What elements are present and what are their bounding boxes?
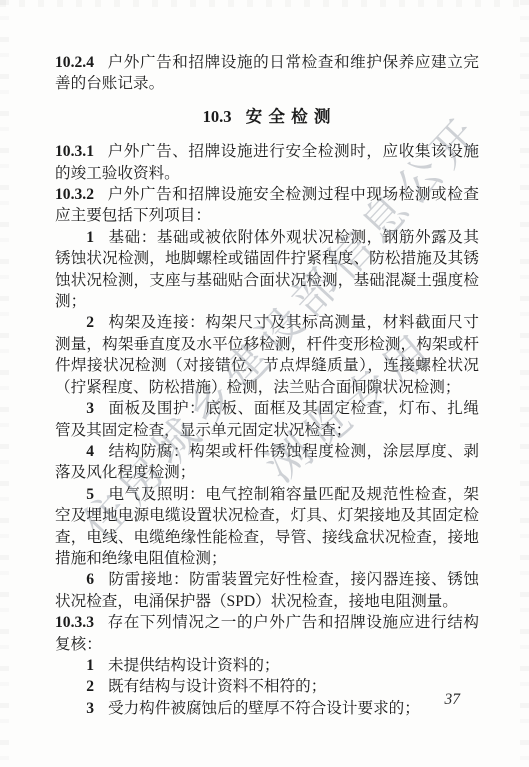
- item-text: 面板及围护：底板、面框及其固定检查，灯布、扎绳管及其固定检查，显示单元固定状况检…: [55, 400, 479, 438]
- clause-10-3-3: 10.3.3存在下列情况之一的户外广告和招牌设施应进行结构复核：: [55, 612, 479, 655]
- list-item-2: 2构架及连接：构架尺寸及其标高测量，材料截面尺寸测量，构架垂直度及水平位移检测，…: [55, 312, 479, 398]
- item-number: 4: [86, 443, 108, 460]
- item-number: 1: [86, 657, 108, 674]
- item-text: 既有结构与设计资料不相符的；: [108, 678, 326, 695]
- list-item-6: 6防雷接地：防雷装置完好性检查，接闪器连接、锈蚀状况检查，电涌保护器（SPD）状…: [55, 569, 479, 612]
- clause-text: 户外广告和招牌设施的日常检查和维护保养应建立完善的台账记录。: [55, 54, 479, 92]
- scan-artifact-right: [520, 0, 529, 767]
- item-text: 受力构件被腐蚀后的壁厚不符合设计要求的；: [108, 700, 420, 717]
- item-text: 结构防腐：构架或杆件锈蚀程度检测，涂层厚度、剥落及风化程度检测；: [55, 443, 479, 481]
- clause-number: 10.3.1: [55, 143, 107, 160]
- item-text: 构架及连接：构架尺寸及其标高测量，材料截面尺寸测量，构架垂直度及水平位移检测，杆…: [55, 314, 479, 395]
- list-item-4: 4结构防腐：构架或杆件锈蚀程度检测，涂层厚度、剥落及风化程度检测；: [55, 441, 479, 484]
- clause-10-3-1: 10.3.1户外广告、招牌设施进行安全检测时，应收集该设施的竣工验收资料。: [55, 141, 479, 184]
- item-text: 基础：基础或被依附体外观状况检测，钢筋外露及其锈蚀状况检测，地脚螺栓或锚固件拧紧…: [55, 229, 479, 310]
- clause-number: 10.2.4: [55, 54, 107, 71]
- scan-artifact-top: [0, 0, 529, 7]
- section-title: 安 全 检 测: [246, 107, 332, 126]
- item-number: 3: [86, 400, 108, 417]
- clause-number: 10.3.2: [55, 186, 107, 203]
- list-item-1b: 1未提供结构设计资料的；: [55, 655, 479, 676]
- list-item-1: 1基础：基础或被依附体外观状况检测，钢筋外露及其锈蚀状况检测，地脚螺栓或锚固件拧…: [55, 227, 479, 313]
- item-text: 未提供结构设计资料的；: [108, 657, 280, 674]
- item-number: 3: [86, 700, 108, 717]
- clause-10-2-4: 10.2.4户外广告和招牌设施的日常检查和维护保养应建立完善的台账记录。: [55, 52, 479, 95]
- item-number: 2: [86, 678, 108, 695]
- list-item-2b: 2既有结构与设计资料不相符的；: [55, 676, 479, 697]
- clause-text: 户外广告和招牌设施安全检测过程中现场检测或检查应主要包括下列项目：: [55, 186, 479, 224]
- item-number: 5: [86, 486, 108, 503]
- list-item-5: 5电气及照明：电气控制箱容量匹配及规范性检查，架空及埋地电源电缆设置状况检查，灯…: [55, 484, 479, 570]
- item-number: 6: [86, 571, 108, 588]
- item-text: 电气及照明：电气控制箱容量匹配及规范性检查，架空及埋地电源电缆设置状况检查，灯具…: [55, 486, 479, 567]
- page-number: 37: [445, 691, 461, 709]
- list-item-3: 3面板及围护：底板、面框及其固定检查，灯布、扎绳管及其固定检查，显示单元固定状况…: [55, 398, 479, 441]
- scan-artifact-left: [0, 0, 9, 767]
- clause-number: 10.3.3: [55, 614, 107, 631]
- item-text: 防雷接地：防雷装置完好性检查，接闪器连接、锈蚀状况检查，电涌保护器（SPD）状况…: [55, 571, 479, 609]
- section-number: 10.3: [203, 107, 246, 126]
- item-number: 1: [86, 229, 108, 246]
- section-heading: 10.3安 全 检 测: [55, 106, 479, 127]
- clause-10-3-2: 10.3.2户外广告和招牌设施安全检测过程中现场检测或检查应主要包括下列项目：: [55, 184, 479, 227]
- clause-text: 户外广告、招牌设施进行安全检测时，应收集该设施的竣工验收资料。: [55, 143, 479, 181]
- document-page: 住房城乡建设部信息公开 浏览专用 10.2.4户外广告和招牌设施的日常检查和维护…: [0, 0, 529, 767]
- text-column: 10.2.4户外广告和招牌设施的日常检查和维护保养应建立完善的台账记录。 10.…: [55, 52, 479, 719]
- clause-text: 存在下列情况之一的户外广告和招牌设施应进行结构复核：: [55, 614, 479, 652]
- item-number: 2: [86, 314, 108, 331]
- list-item-3b: 3受力构件被腐蚀后的壁厚不符合设计要求的；: [55, 698, 479, 719]
